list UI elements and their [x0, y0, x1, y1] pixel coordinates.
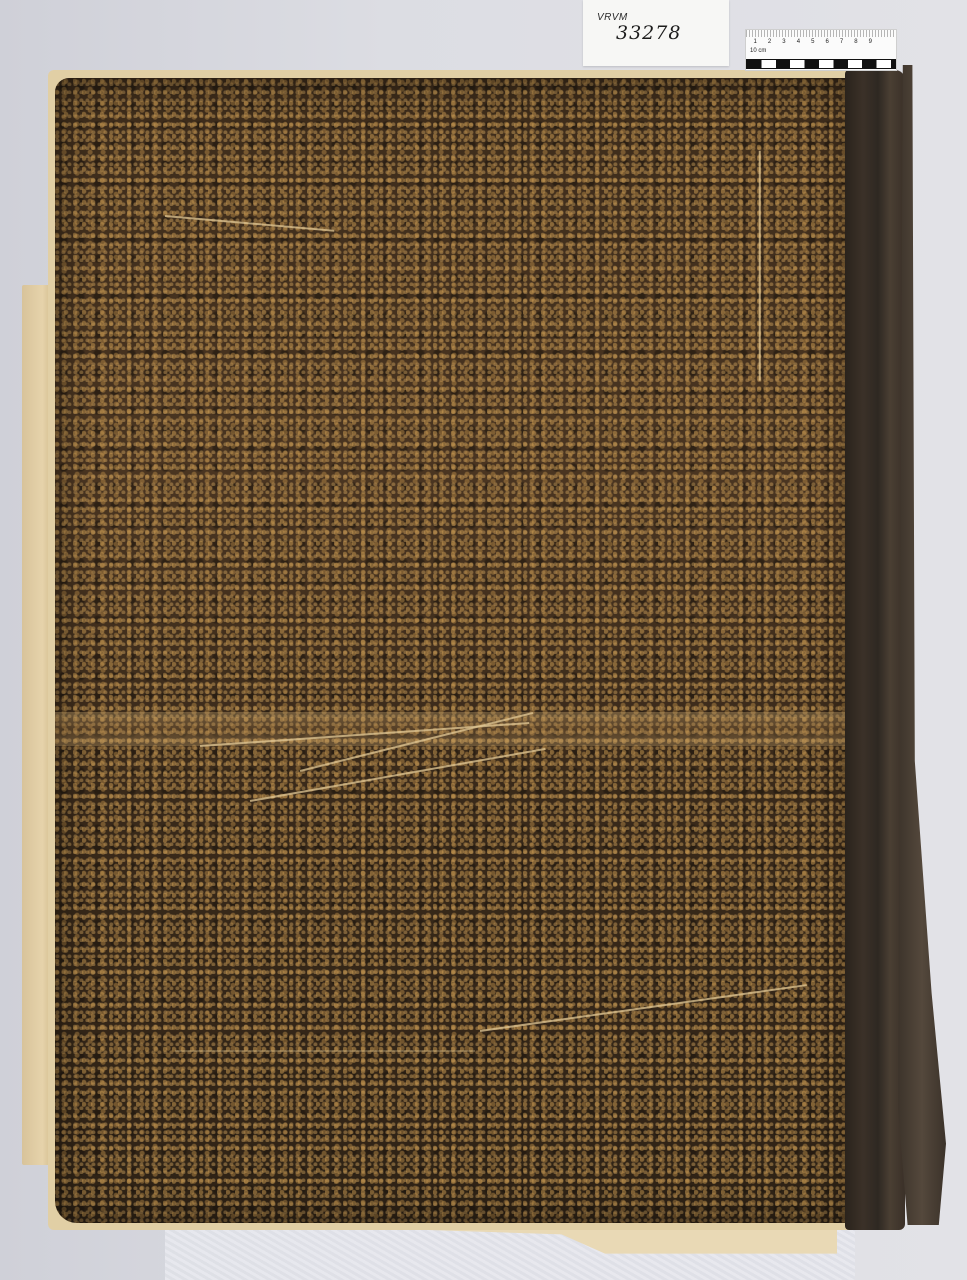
tick-label: 1 — [748, 39, 762, 45]
scratch — [175, 1050, 475, 1052]
tick-label: 8 — [849, 39, 863, 45]
label-number: 33278 — [616, 22, 681, 44]
scale-bar: 1 2 3 4 5 6 7 8 9 10 cm — [745, 29, 897, 71]
tick-label: 2 — [762, 39, 776, 45]
cover-crease — [55, 712, 850, 746]
scale-ticks — [746, 30, 896, 37]
scratch — [759, 151, 761, 381]
tick-label: 9 — [863, 39, 877, 45]
scale-unit: 10 cm — [750, 48, 766, 54]
tick-label: 3 — [777, 39, 791, 45]
inventory-label: VRVM 33278 — [583, 0, 729, 66]
tick-label: 4 — [791, 39, 805, 45]
scale-numbers: 1 2 3 4 5 6 7 8 9 — [748, 39, 896, 45]
scale-checker-bar — [746, 59, 896, 69]
tick-label: 6 — [820, 39, 834, 45]
tick-label: 7 — [834, 39, 848, 45]
book-spine — [845, 70, 905, 1230]
tick-label: 5 — [806, 39, 820, 45]
